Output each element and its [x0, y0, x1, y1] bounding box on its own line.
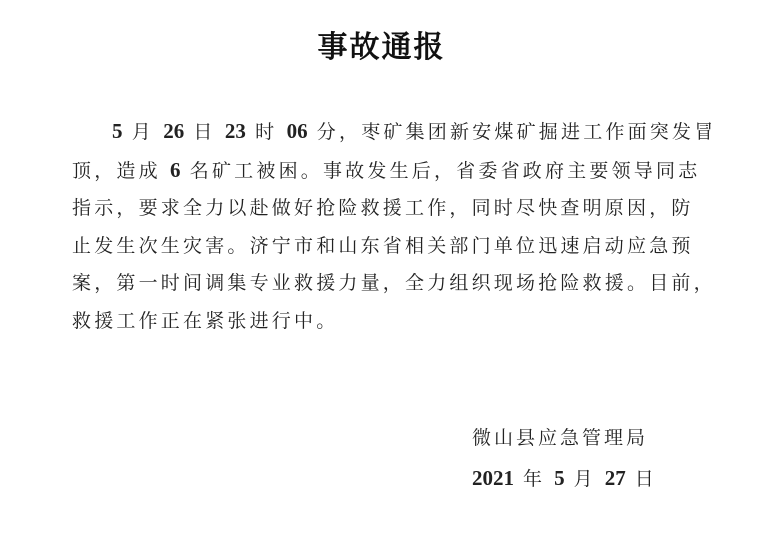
day-number: 26 [163, 119, 184, 143]
day-number: 27 [605, 466, 626, 490]
body-line-5: 案，第一时间调集专业救援力量，全力组织现场抢险救援。目前， [72, 265, 712, 303]
issue-date: 2021 年 5 月 27 日 [472, 458, 657, 499]
body-line-3: 指示，要求全力以赴做好抢险救援工作，同时尽快查明原因，防 [72, 190, 712, 228]
hour-number: 23 [225, 119, 246, 143]
body-line-4: 止发生次生灾害。济宁市和山东省相关部门单位迅速启动应急预 [72, 228, 712, 266]
year-number: 2021 [472, 466, 514, 490]
trapped-count: 6 [170, 158, 181, 182]
body-line-1: 5 月 26 日 23 时 06 分，枣矿集团新安煤矿掘进工作面突发冒 [72, 113, 712, 152]
body-line-2: 顶，造成 6 名矿工被困。事故发生后，省委省政府主要领导同志 [72, 152, 712, 191]
text-fragment: 月 [123, 121, 164, 143]
document-title: 事故通报 [0, 22, 763, 66]
minute-number: 06 [287, 119, 308, 143]
text-fragment: 年 [514, 468, 554, 490]
text-fragment: 日 [184, 121, 225, 143]
signature-block: 微山县应急管理局 2021 年 5 月 27 日 [472, 418, 657, 499]
issuing-organization: 微山县应急管理局 [472, 418, 657, 458]
text-fragment: 分，枣矿集团新安煤矿掘进工作面突发冒 [308, 121, 717, 143]
document-body: 5 月 26 日 23 时 06 分，枣矿集团新安煤矿掘进工作面突发冒 顶，造成… [72, 113, 712, 340]
text-fragment: 日 [626, 468, 657, 490]
body-line-6: 救援工作正在紧张进行中。 [72, 303, 712, 341]
text-fragment: 名矿工被困。事故发生后，省委省政府主要领导同志 [181, 160, 701, 182]
month-number: 5 [112, 119, 123, 143]
month-number: 5 [554, 466, 565, 490]
text-fragment: 时 [246, 121, 287, 143]
text-fragment: 顶，造成 [72, 160, 170, 182]
text-fragment: 月 [565, 468, 605, 490]
